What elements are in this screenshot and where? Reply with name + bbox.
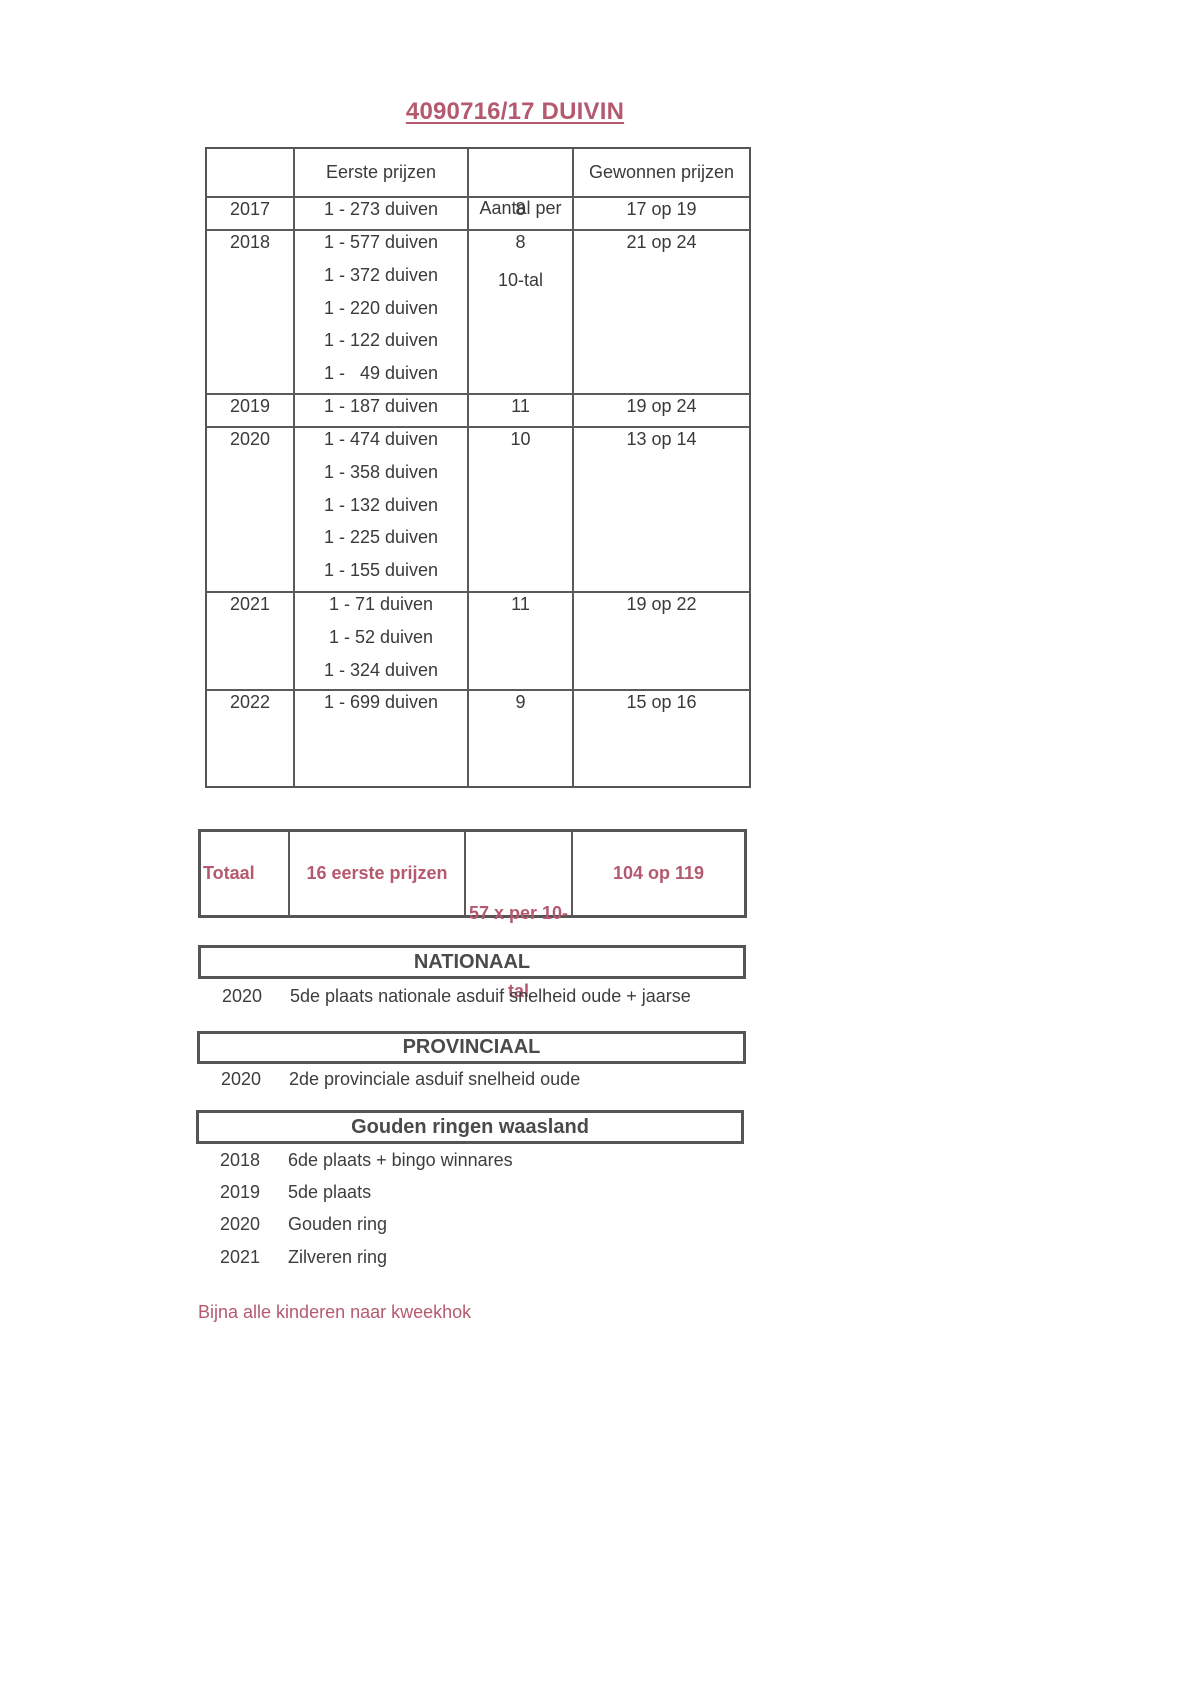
row-year: 2018	[207, 232, 293, 253]
page-title: 4090716/17 DUIVIN	[0, 98, 1030, 126]
row-won: 19 op 24	[574, 396, 749, 417]
header-gewonnen-prijzen: Gewonnen prijzen	[574, 162, 749, 183]
gouden-ringen-year: 2019	[220, 1182, 260, 1203]
row-first-prize: 1 - 122 duiven	[295, 330, 467, 351]
row-first-prize: 1 - 225 duiven	[295, 527, 467, 548]
gouden-ringen-text: Gouden ring	[288, 1214, 387, 1235]
footer-note: Bijna alle kinderen naar kweekhok	[198, 1302, 471, 1323]
row-per-10tal: 11	[469, 396, 572, 417]
section-heading-gouden-ringen: Gouden ringen waasland	[196, 1110, 744, 1144]
row-won: 15 op 16	[574, 692, 749, 713]
gouden-ringen-text: 6de plaats + bingo winnares	[288, 1150, 513, 1171]
row-per-10tal: 8	[469, 232, 572, 253]
gouden-ringen-text: 5de plaats	[288, 1182, 371, 1203]
gouden-ringen-text: Zilveren ring	[288, 1247, 387, 1268]
provinciaal-text: 2de provinciale asduif snelheid oude	[289, 1069, 580, 1090]
row-first-prize: 1 - 358 duiven	[295, 462, 467, 483]
row-per-10tal: 10	[469, 429, 572, 450]
provinciaal-year: 2020	[221, 1069, 261, 1090]
header-eerste-prijzen: Eerste prijzen	[295, 162, 467, 183]
row-first-prize: 1 - 49 duiven	[295, 363, 467, 384]
row-won: 21 op 24	[574, 232, 749, 253]
row-first-prize: 1 - 132 duiven	[295, 495, 467, 516]
nationaal-text: 5de plaats nationale asduif snelheid oud…	[290, 986, 691, 1007]
totals-first-prizes: 16 eerste prijzen	[290, 863, 464, 884]
row-won: 17 op 19	[574, 199, 749, 220]
row-year: 2021	[207, 594, 293, 615]
row-first-prize: 1 - 71 duiven	[295, 594, 467, 615]
results-table: Eerste prijzen Aantal per 10-tal Gewonne…	[205, 147, 751, 788]
row-per-10tal: 9	[469, 692, 572, 713]
row-first-prize: 1 - 577 duiven	[295, 232, 467, 253]
row-first-prize: 1 - 273 duiven	[295, 199, 467, 220]
nationaal-year: 2020	[222, 986, 262, 1007]
gouden-ringen-year: 2021	[220, 1247, 260, 1268]
row-first-prize: 1 - 324 duiven	[295, 660, 467, 681]
row-year: 2017	[207, 199, 293, 220]
row-first-prize: 1 - 474 duiven	[295, 429, 467, 450]
row-per-10tal: 8	[469, 199, 572, 220]
row-first-prize: 1 - 699 duiven	[295, 692, 467, 713]
row-first-prize: 1 - 155 duiven	[295, 560, 467, 581]
row-year: 2019	[207, 396, 293, 417]
totals-won: 104 op 119	[573, 863, 744, 884]
row-first-prize: 1 - 187 duiven	[295, 396, 467, 417]
gouden-ringen-year: 2018	[220, 1150, 260, 1171]
row-first-prize: 1 - 52 duiven	[295, 627, 467, 648]
row-won: 19 op 22	[574, 594, 749, 615]
section-heading-nationaal: NATIONAAL	[198, 945, 746, 979]
row-per-10tal: 11	[469, 594, 572, 615]
gouden-ringen-year: 2020	[220, 1214, 260, 1235]
row-first-prize: 1 - 372 duiven	[295, 265, 467, 286]
totals-label: Totaal	[203, 863, 255, 884]
row-year: 2020	[207, 429, 293, 450]
row-first-prize: 1 - 220 duiven	[295, 298, 467, 319]
totals-table: Totaal 16 eerste prijzen 57 x per 10- ta…	[198, 829, 747, 918]
section-heading-provinciaal: PROVINCIAAL	[197, 1031, 746, 1064]
row-won: 13 op 14	[574, 429, 749, 450]
row-year: 2022	[207, 692, 293, 713]
